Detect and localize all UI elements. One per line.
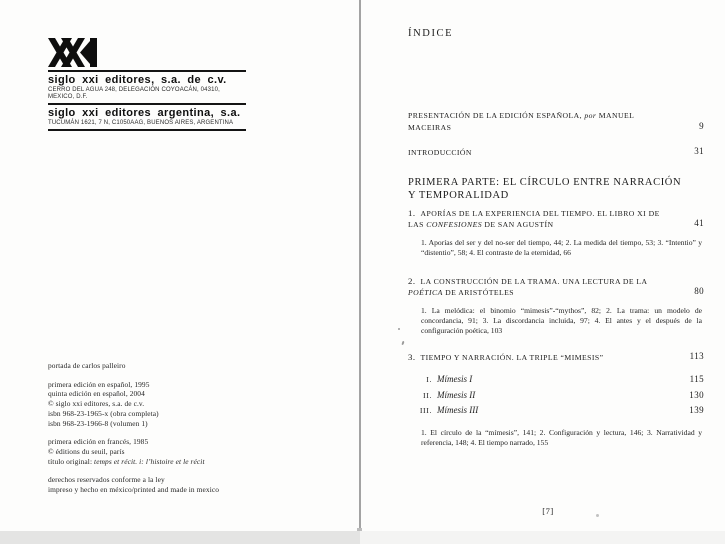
publisher-imprint: siglo xxi editores, s.a. de c.v. CERRO D… — [48, 38, 246, 133]
rights-block: derechos reservados conforme a la ley im… — [48, 475, 298, 494]
chapter-3-sections: 1. El círculo de la “mímesis”, 141; 2. C… — [421, 428, 704, 448]
original-title-label: título original: — [48, 457, 94, 466]
imprint-rule-top — [48, 70, 246, 72]
toc-text: PRESENTACIÓN DE LA EDICIÓN ESPAÑOLA, — [408, 111, 584, 120]
page-number: 113 — [690, 351, 704, 363]
siglo-xxi-logo-icon — [48, 38, 246, 68]
credit-line: impreso y hecho en méxico/printed and ma… — [48, 485, 298, 495]
toc-text: DE ARISTÓTELES — [443, 288, 514, 297]
list-item: II. Mímesis II 130 — [408, 388, 704, 404]
item-title: Mímesis I — [437, 372, 472, 387]
list-item: I. Mímesis I 115 — [408, 372, 704, 388]
french-edition-block: primera edición en francés, 1985 © éditi… — [48, 437, 298, 466]
chapter-2-sections: 1. La melódica: el binomio “mimesis”-“my… — [421, 306, 704, 336]
toc-entry-line: PRESENTACIÓN DE LA EDICIÓN ESPAÑOLA, por… — [408, 110, 670, 122]
part-heading-line: Y TEMPORALIDAD — [408, 189, 704, 203]
credit-line: primera edición en español, 1995 — [48, 380, 298, 390]
toc-text-italic: por — [584, 111, 596, 120]
toc-entry-presentacion: PRESENTACIÓN DE LA EDICIÓN ESPAÑOLA, por… — [408, 110, 704, 133]
credit-line: primera edición en francés, 1985 — [48, 437, 298, 447]
book-scan-spread: siglo xxi editores, s.a. de c.v. CERRO D… — [0, 0, 725, 544]
scan-bottom-edge-right — [360, 531, 725, 544]
page-number: 41 — [694, 218, 704, 230]
toc-text: LA CONSTRUCCIÓN DE LA TRAMA. UNA LECTURA… — [421, 277, 648, 286]
publisher-name-mexico: siglo xxi editores, s.a. de c.v. — [48, 74, 246, 87]
toc-text: TIEMPO Y NARRACIÓN. LA TRIPLE “MIMESIS” — [421, 353, 604, 362]
chapter-1-sections: 1. Aporías del ser y del no-ser del tiem… — [421, 238, 704, 258]
imprint-rule-bottom — [48, 129, 246, 131]
toc-entry-line: MACEIRAS — [408, 122, 670, 134]
chapter-number: 3. — [408, 352, 416, 362]
chapter-title: APORÍAS DE LA EXPERIENCIA DEL TIEMPO. EL… — [408, 209, 660, 230]
credit-line: © éditions du seuil, parís — [48, 447, 298, 457]
toc-chapter-2: 2.LA CONSTRUCCIÓN DE LA TRAMA. UNA LECTU… — [408, 276, 704, 299]
toc-text-italic: CONFESIONES — [426, 220, 482, 229]
page-number: 31 — [694, 146, 704, 158]
mimesis-list: I. Mímesis I 115 II. Mímesis II 130 III.… — [408, 372, 704, 419]
item-title: Mímesis III — [437, 403, 478, 418]
part-heading-line: PRIMERA PARTE: EL CÍRCULO ENTRE NARRACIÓ… — [408, 176, 704, 190]
toc-text: MANUEL — [596, 111, 634, 120]
cover-credit: portada de carlos palleiro — [48, 361, 298, 371]
chapter-title: LA CONSTRUCCIÓN DE LA TRAMA. UNA LECTURA… — [408, 277, 647, 298]
toc-chapter-1: 1.APORÍAS DE LA EXPERIENCIA DEL TIEMPO. … — [408, 208, 704, 231]
page-number: 9 — [699, 121, 704, 133]
toc-entry-line: INTRODUCCIÓN — [408, 147, 670, 159]
toc-title: ÍNDICE — [408, 28, 704, 40]
scan-speckle — [398, 328, 400, 330]
publisher-address-mexico: CERRO DEL AGUA 248, DELEGACIÓN COYOACÁN,… — [48, 87, 246, 101]
page-number: 80 — [694, 286, 704, 298]
table-of-contents: ÍNDICE PRESENTACIÓN DE LA EDICIÓN ESPAÑO… — [408, 28, 704, 448]
original-title: temps et récit. i: l’histoire et le réci… — [94, 457, 205, 466]
credit-line: isbn 968-23-1965-x (obra completa) — [48, 409, 298, 419]
credit-line: quinta edición en español, 2004 — [48, 389, 298, 399]
credit-line: © siglo xxi editores, s.a. de c.v. — [48, 399, 298, 409]
toc-text-italic: POÉTICA — [408, 288, 443, 297]
toc-chapter-3: 3.TIEMPO Y NARRACIÓN. LA TRIPLE “MIMESIS… — [408, 352, 704, 364]
toc-text: DE SAN AGUSTÍN — [482, 220, 553, 229]
copyright-credits: portada de carlos palleiro primera edici… — [48, 361, 298, 504]
item-title: Mímesis II — [437, 388, 475, 403]
original-title-line: título original: temps et récit. i: l’hi… — [48, 457, 298, 467]
chapter-number: 2. — [408, 276, 416, 286]
page-number: 115 — [690, 372, 704, 387]
credit-line: isbn 968-23-1966-8 (volumen 1) — [48, 419, 298, 429]
publisher-address-argentina: TUCUMÁN 1621, 7 N, C1050AAG, BUENOS AIRE… — [48, 120, 246, 127]
chapter-number: 1. — [408, 208, 416, 218]
spanish-edition-block: primera edición en español, 1995 quinta … — [48, 380, 298, 429]
scan-bottom-edge-left — [0, 531, 360, 544]
item-numeral: I. — [408, 373, 432, 388]
imprint-rule-middle — [48, 103, 246, 105]
item-numeral: II. — [408, 389, 432, 404]
publisher-name-argentina: siglo xxi editores argentina, s.a. — [48, 107, 246, 120]
toc-part-heading: PRIMERA PARTE: EL CÍRCULO ENTRE NARRACIÓ… — [408, 176, 704, 203]
credit-line: derechos reservados conforme a la ley — [48, 475, 298, 485]
list-item: III. Mímesis III 139 — [408, 403, 704, 419]
page-number: 130 — [689, 388, 704, 403]
chapter-title: TIEMPO Y NARRACIÓN. LA TRIPLE “MIMESIS” — [421, 353, 604, 362]
toc-entry-introduccion: INTRODUCCIÓN 31 — [408, 147, 704, 159]
item-numeral: III. — [408, 404, 432, 419]
scan-speckle — [401, 341, 404, 345]
folio-page-number: [7] — [408, 506, 688, 516]
page-number: 139 — [689, 403, 704, 418]
page-gutter-line — [359, 0, 361, 531]
